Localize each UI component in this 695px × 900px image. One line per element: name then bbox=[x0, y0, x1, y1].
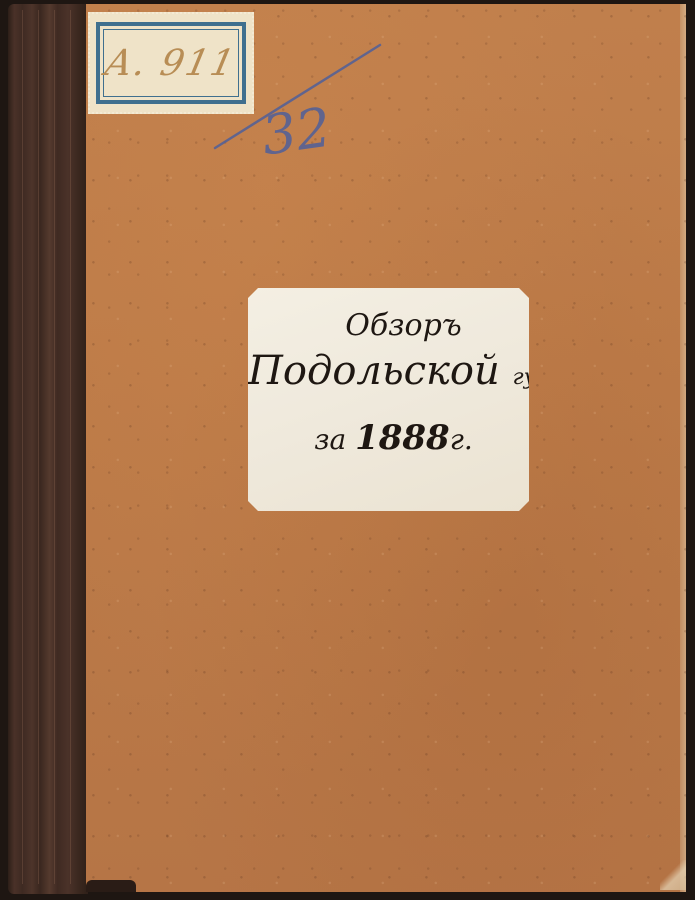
spine-ridge bbox=[54, 10, 55, 884]
title-year-line: за 1888г. bbox=[248, 418, 529, 458]
book-spine bbox=[8, 4, 88, 894]
title-year-suffix: г. bbox=[450, 423, 473, 456]
title-word-review: Обзоръ bbox=[248, 308, 529, 343]
spine-ridge bbox=[70, 10, 71, 884]
worn-corner bbox=[660, 860, 686, 890]
worn-edge bbox=[86, 880, 136, 892]
book-photo: A. 911 32 Обзоръ Подольской губ. за 1888… bbox=[0, 0, 695, 900]
title-province: Подольской губ. bbox=[248, 348, 529, 394]
title-province-name: Подольской bbox=[248, 348, 500, 394]
cover-page-edge bbox=[680, 4, 686, 892]
pencil-number: 32 bbox=[258, 96, 335, 168]
title-label: Обзоръ Подольской губ. за 1888г. bbox=[248, 288, 529, 511]
spine-ridge bbox=[38, 10, 39, 884]
title-year-prefix: за bbox=[314, 423, 346, 456]
spine-ridge bbox=[22, 10, 23, 884]
title-year: 1888 bbox=[355, 418, 450, 458]
